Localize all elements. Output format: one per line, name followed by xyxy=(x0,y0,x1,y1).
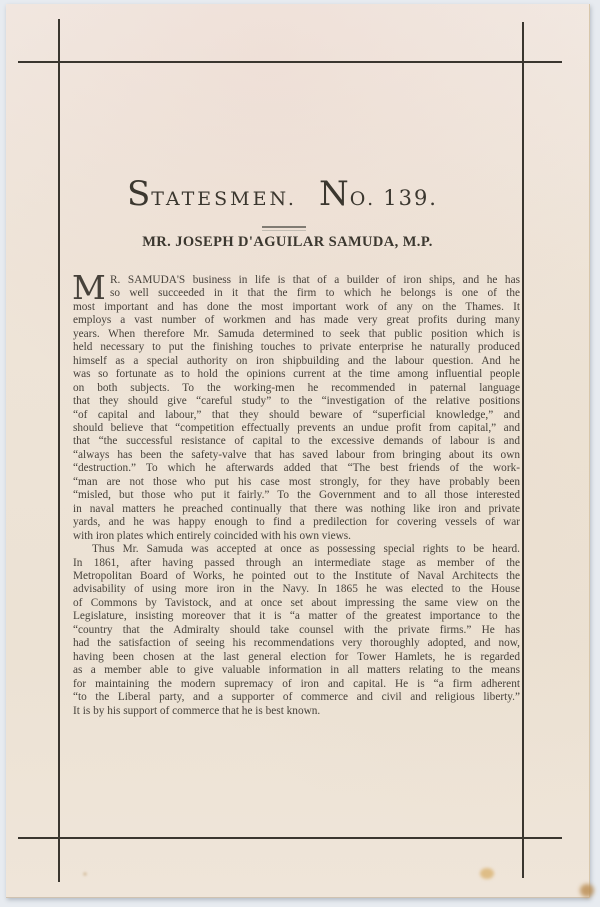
series-title-rest: tatesmen. xyxy=(151,188,297,210)
text-line: “of capital and labour,” that they shoul… xyxy=(73,409,520,422)
text-line: Legislature, insisting moreover that it … xyxy=(73,610,520,623)
text-line: employs a vast number of workmen and has… xyxy=(73,314,520,327)
text-line: as a member able to give valuable inform… xyxy=(73,664,520,677)
text-line: R. SAMUDA'S business in life is that of … xyxy=(73,274,520,287)
frame-right-rule xyxy=(522,22,524,878)
text-line: “misled, but those who put it fairly.” T… xyxy=(73,489,520,502)
paragraph-1: R. SAMUDA'S business in life is that of … xyxy=(73,274,520,543)
frame-bottom-rule xyxy=(18,837,562,839)
text-line: in naval matters he preached continually… xyxy=(73,503,520,516)
title-divider-rule xyxy=(262,226,306,231)
article-body: R. SAMUDA'S business in life is that of … xyxy=(73,274,520,718)
text-line: of Commons by Tavistock, and at once set… xyxy=(73,597,520,610)
text-line: Metropolitan Board of Works, he pointed … xyxy=(73,570,520,583)
text-line: had the satisfaction of seeing his recom… xyxy=(73,637,520,650)
text-line: that “the successful resistance of capit… xyxy=(73,435,520,448)
text-line: yards, and he was happy enough to find a… xyxy=(73,516,520,529)
paper-speck xyxy=(83,872,87,876)
text-line: most important and has done the most imp… xyxy=(73,301,520,314)
text-line: for maintaining the modern supremacy of … xyxy=(73,678,520,691)
text-line: on both subjects. To the working-men he … xyxy=(73,382,520,395)
text-line: Thus Mr. Samuda was accepted at once as … xyxy=(73,543,520,556)
text-line: advisability of using more iron in the N… xyxy=(73,583,520,596)
text-line: held necessary to put the finishing touc… xyxy=(73,341,520,354)
frame-left-rule xyxy=(58,19,60,882)
paragraph-2: Thus Mr. Samuda was accepted at once as … xyxy=(73,543,520,718)
text-line: “always has been the safety-valve that h… xyxy=(73,449,520,462)
text-line: having been chosen at the last general e… xyxy=(73,651,520,664)
text-line: years. When therefore Mr. Samuda determi… xyxy=(73,328,520,341)
text-line: “destruction.” To which he afterwards ad… xyxy=(73,462,520,475)
paper-stain xyxy=(480,868,494,879)
article-subtitle: MR. JOSEPH D'AGUILAR SAMUDA, M.P. xyxy=(64,234,511,251)
frame-top-rule xyxy=(18,61,562,63)
issue-number: 139. xyxy=(383,186,438,210)
text-line: should believe that “competition effectu… xyxy=(73,422,520,435)
text-line: himself as a special authority on iron s… xyxy=(73,355,520,368)
text-line: with iron plates which entirely coincide… xyxy=(73,530,520,543)
series-title: Statesmen.No.139. xyxy=(59,177,506,217)
text-line: “man are not those who put his case most… xyxy=(73,476,520,489)
number-word-initial: N xyxy=(319,174,350,214)
text-line: was so fortunate as to hold the opinions… xyxy=(73,368,520,381)
text-line: It is by his support of commerce that he… xyxy=(73,705,520,718)
text-line: “country that the Admiralty should take … xyxy=(73,624,520,637)
text-line: so well succeeded in it that the firm to… xyxy=(73,287,520,300)
scanned-page-photo: Statesmen.No.139. MR. JOSEPH D'AGUILAR S… xyxy=(0,0,600,907)
printed-plate: Statesmen.No.139. MR. JOSEPH D'AGUILAR S… xyxy=(0,0,600,907)
paper-edge-stain xyxy=(580,884,594,897)
series-title-initial: S xyxy=(127,174,151,214)
text-line: “to the Liberal party, and a supporter o… xyxy=(73,691,520,704)
text-line: that they should give “careful study” to… xyxy=(73,395,520,408)
number-word-rest: o. xyxy=(350,188,377,210)
text-line: In 1861, after having passed through an … xyxy=(73,557,520,570)
